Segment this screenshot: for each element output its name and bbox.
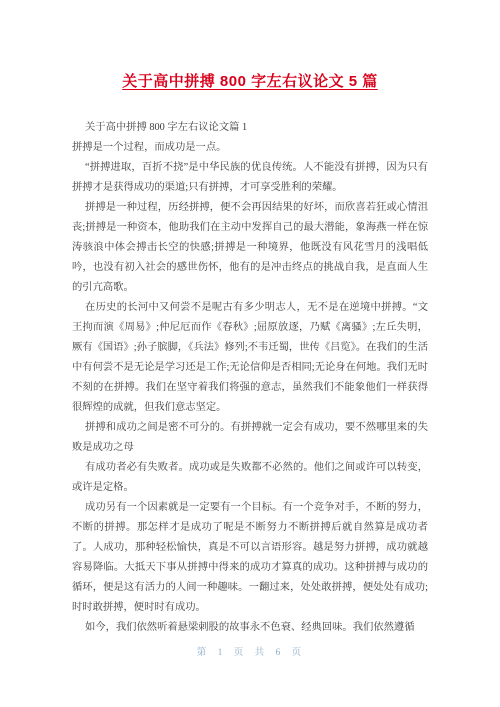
essay-paragraph: 拼搏是一种过程，历经拼搏，便不会再因结果的好坏，而欣喜若狂或心情沮丧;拼搏是一种…	[72, 198, 428, 298]
essay-paragraph: 成功另有一个因素就是一定要有一个目标。有一个竞争对手，不断的努力，不断的拼搏。那…	[72, 498, 428, 618]
page-footer-text: 第 1 页 共 6 页	[0, 644, 500, 658]
essay-paragraph: 有成功者必有失败者。成功或是失败都不必然的。他们之间或许可以转变，或许是定格。	[72, 458, 428, 498]
essay-paragraph: 在历史的长河中又何尝不是呢古有多少明志人，无不是在逆境中拼搏。“文王拘而演《周易…	[72, 298, 428, 418]
document-title: 关于高中拼搏 800 字左右议论文 5 篇	[0, 0, 500, 93]
essay-paragraph: 拼搏和成功之间是密不可分的。有拼搏就一定会有成功，要不然哪里来的失败是成功之母	[72, 418, 428, 458]
essay-paragraph: 关于高中拼搏 800 字左右议论文篇 1	[72, 118, 428, 138]
essay-paragraph: 如今，我们依然听着悬梁刺股的故事永不色衰、经典回味。我们依然遵循	[72, 618, 428, 638]
essay-paragraph: “拼搏进取，百折不挠”是中华民族的优良传统。人不能没有拼搏，因为只有拼搏才是获得…	[72, 158, 428, 198]
essay-body: 关于高中拼搏 800 字左右议论文篇 1 拼搏是一个过程，而成功是一点。 “拼搏…	[72, 118, 428, 638]
essay-paragraph: 拼搏是一个过程，而成功是一点。	[72, 138, 428, 158]
document-page: 关于高中拼搏 800 字左右议论文 5 篇 关于高中拼搏 800 字左右议论文篇…	[0, 0, 500, 707]
